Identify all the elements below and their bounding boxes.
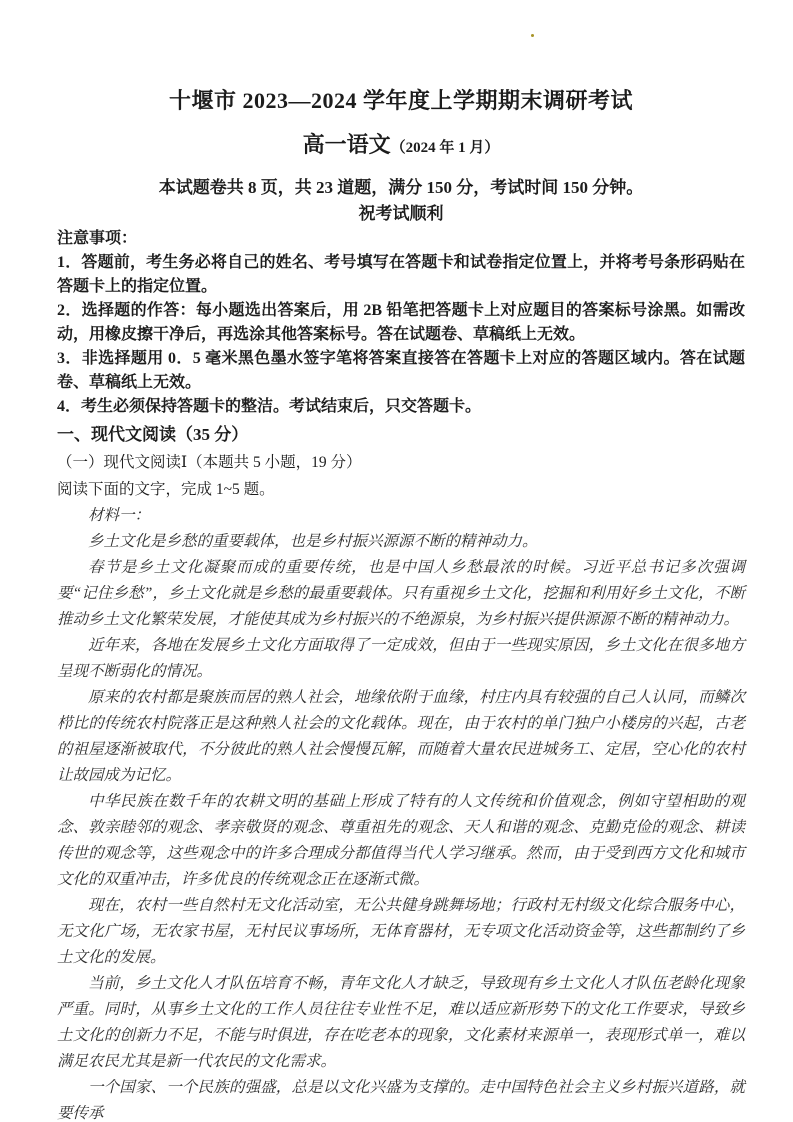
material-paragraph-5: 中华民族在数千年的农耕文明的基础上形成了特有的人文传统和价值观念，例如守望相助的…	[57, 789, 745, 893]
material-paragraph-8: 一个国家、一个民族的强盛，总是以文化兴盛为支撑的。走中国特色社会主义乡村振兴道路…	[57, 1075, 745, 1122]
exam-subject: 高一语文	[303, 132, 391, 157]
reading-section: 一、现代文阅读（35 分） （一）现代文阅读Ⅰ（本题共 5 小题，19 分） 阅…	[57, 421, 745, 1122]
material-paragraph-2: 春节是乡土文化凝聚而成的重要传统，也是中国人乡愁最浓的时候。习近平总书记多次强调…	[57, 555, 745, 633]
notice-item-4: 4．考生必须保持答题卡的整洁。考试结束后，只交答题卡。	[57, 395, 745, 419]
notice-item-3: 3．非选择题用 0．5 毫米黑色墨水签字笔将答案直接答在答题卡上对应的答题区域内…	[57, 347, 745, 395]
material-label: 材料一：	[57, 503, 745, 529]
notice-item-2: 2．选择题的作答：每小题选出答案后，用 2B 铅笔把答题卡上对应题目的答案标号涂…	[57, 299, 745, 347]
exam-date-note: （2024 年 1 月）	[391, 140, 500, 156]
material-paragraph-4: 原来的农村都是聚族而居的熟人社会，地缘依附于血缘，村庄内具有较强的自己人认同，而…	[57, 685, 745, 789]
reading-instruction: 阅读下面的文字，完成 1~5 题。	[57, 476, 745, 503]
exam-header: 十堰市 2023—2024 学年度上学期期末调研考试 高一语文（2024 年 1…	[57, 86, 745, 227]
notice-section: 注意事项： 1．答题前，考生务必将自己的姓名、考号填写在答题卡和试卷指定位置上，…	[57, 227, 745, 419]
subsection-heading: （一）现代文阅读Ⅰ（本题共 5 小题，19 分）	[57, 449, 745, 476]
exam-subject-line: 高一语文（2024 年 1 月）	[57, 130, 745, 163]
scan-artifact-dot	[531, 34, 534, 37]
notice-item-1: 1．答题前，考生务必将自己的姓名、考号填写在答题卡和试卷指定位置上，并将考号条形…	[57, 251, 745, 299]
material-paragraph-1: 乡土文化是乡愁的重要载体，也是乡村振兴源源不断的精神动力。	[57, 529, 745, 555]
section-heading: 一、现代文阅读（35 分）	[57, 421, 745, 449]
exam-paper-page: 十堰市 2023—2024 学年度上学期期末调研考试 高一语文（2024 年 1…	[0, 0, 793, 1122]
notice-heading: 注意事项：	[57, 227, 745, 251]
exam-wish-line: 祝考试顺利	[57, 201, 745, 227]
material-paragraph-3: 近年来，各地在发展乡土文化方面取得了一定成效，但由于一些现实原因，乡土文化在很多…	[57, 633, 745, 685]
exam-title: 十堰市 2023—2024 学年度上学期期末调研考试	[57, 86, 745, 116]
material-paragraph-7: 当前，乡土文化人才队伍培育不畅，青年文化人才缺乏，导致现有乡土文化人才队伍老龄化…	[57, 971, 745, 1075]
exam-info-line: 本试题卷共 8 页，共 23 道题，满分 150 分，考试时间 150 分钟。	[57, 175, 745, 201]
material-paragraph-6: 现在，农村一些自然村无文化活动室，无公共健身跳舞场地；行政村无村级文化综合服务中…	[57, 893, 745, 971]
